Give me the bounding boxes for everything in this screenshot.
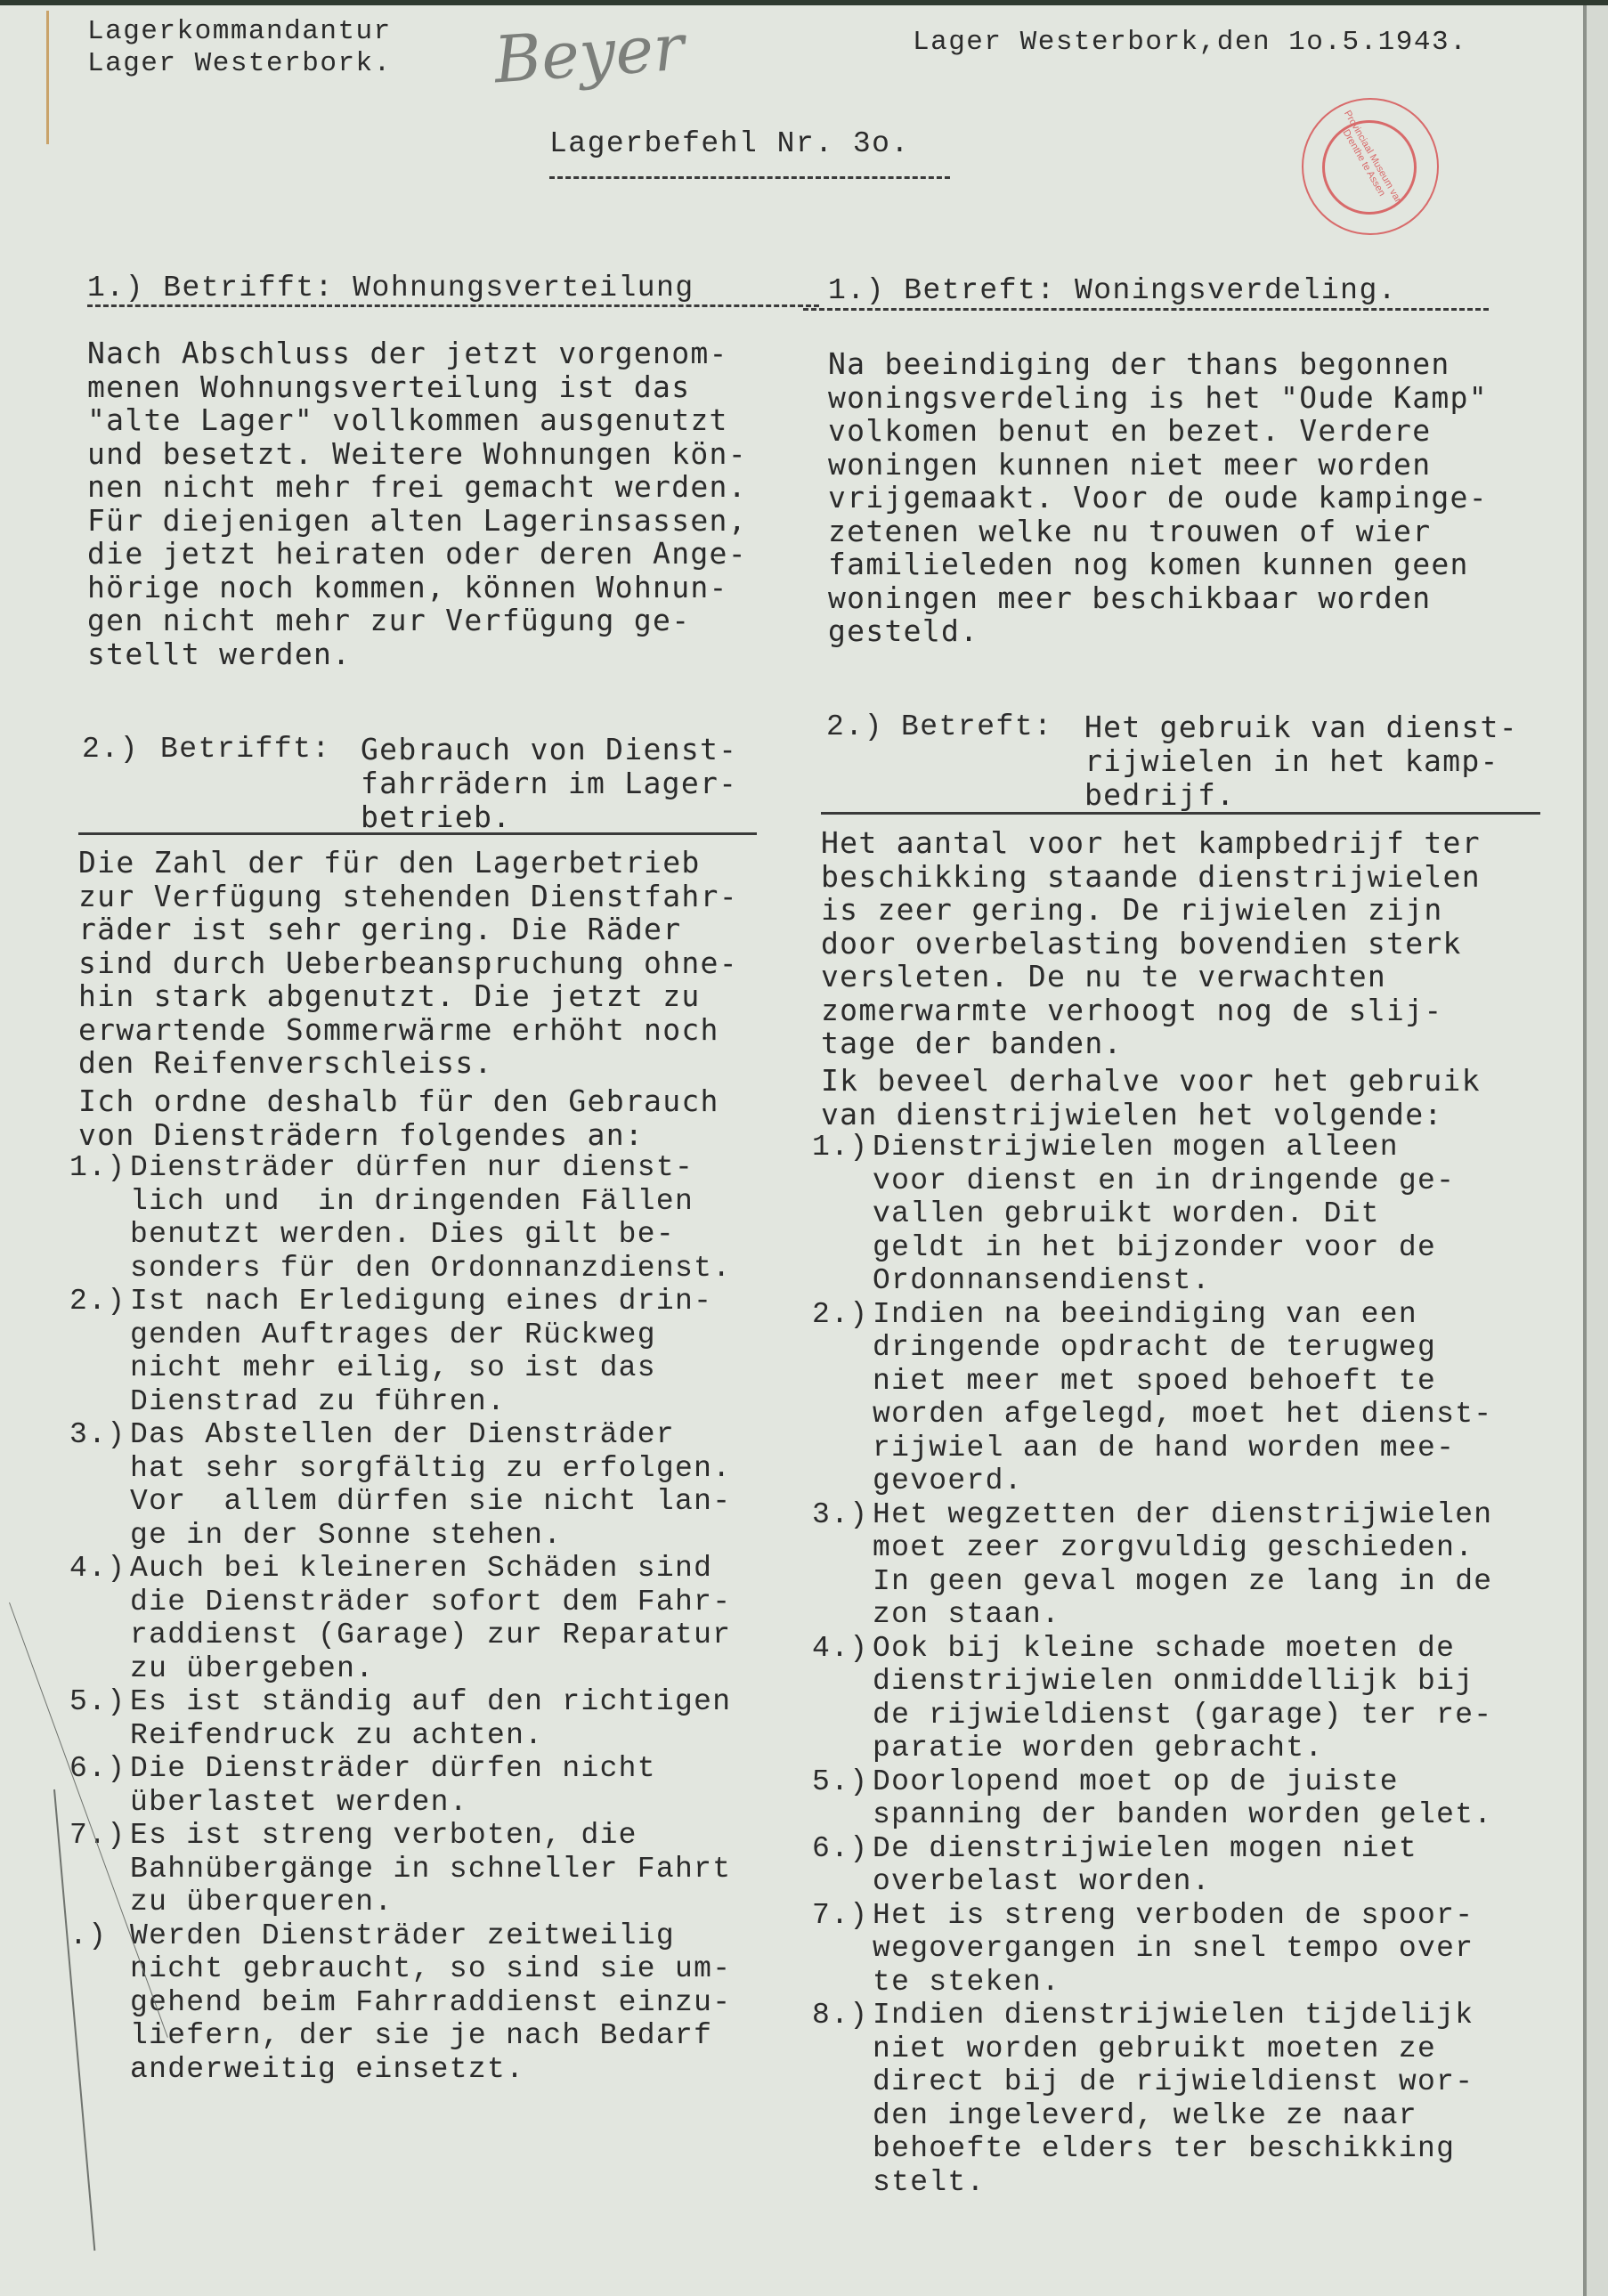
nl-order-item: 4.)Ook bij kleine schade moeten de diens…: [812, 1632, 1560, 1765]
sender-line-2: Lager Westerbork.: [87, 48, 392, 80]
item-number: 4.): [69, 1552, 130, 1685]
item-text: Indien na beeindiging van een dringende …: [873, 1298, 1492, 1498]
item-text: Auch bei kleineren Schäden sind die Dien…: [130, 1552, 731, 1685]
margin-mark: [46, 11, 49, 144]
item-number: 2.): [69, 1285, 130, 1418]
de-order-item: 5.)Es ist ständig auf den richtigen Reif…: [69, 1685, 800, 1752]
de-section2-label: Betrifft:: [160, 733, 331, 766]
title-underline: [549, 176, 950, 179]
item-text: Doorlopend moet op de juiste spanning de…: [873, 1765, 1492, 1832]
de-section2-underline: [78, 832, 757, 835]
de-section1-body: Nach Abschluss der jetzt vorgenom- menen…: [87, 337, 747, 670]
item-number: 6.): [812, 1832, 873, 1899]
de-order-item: .)Werden Diensträder zeitweilig nicht ge…: [69, 1919, 800, 2087]
de-order-item: 1.)Diensträder dürfen nur dienst- lich u…: [69, 1151, 800, 1285]
item-text: Het wegzetten der dienstrijwielen moet z…: [873, 1498, 1492, 1632]
item-text: Ist nach Erledigung eines drin- genden A…: [130, 1285, 712, 1418]
item-text: Diensträder dürfen nur dienst- lich und …: [130, 1151, 731, 1285]
handwritten-signature: Beyer: [491, 10, 686, 98]
item-text: Het is streng verboden de spoor- wegover…: [873, 1899, 1474, 2000]
nl-order-item: 6.)De dienstrijwielen mogen niet overbel…: [812, 1832, 1560, 1899]
nl-section2-label: Betreft:: [901, 710, 1052, 743]
nl-section2-heading: Het gebruik van dienst- rijwielen in het…: [1084, 710, 1518, 812]
de-section1-underline: [87, 304, 819, 307]
item-text: Ook bij kleine schade moeten de dienstri…: [873, 1632, 1492, 1765]
item-text: Dienstrijwielen mogen alleen voor dienst…: [873, 1131, 1455, 1298]
de-order-item: 2.)Ist nach Erledigung eines drin- gende…: [69, 1285, 800, 1418]
de-section2-body: Die Zahl der für den Lagerbetrieb zur Ve…: [78, 846, 738, 1080]
de-section1-heading: 1.) Betrifft: Wohnungsverteilung: [87, 272, 694, 304]
item-text: Die Diensträder dürfen nicht überlastet …: [130, 1752, 656, 1819]
nl-section2-body: Het aantal voor het kampbedrijf ter besc…: [821, 826, 1481, 1060]
item-number: 6.): [69, 1752, 130, 1819]
item-number: 1.): [69, 1151, 130, 1285]
item-text: Es ist ständig auf den richtigen Reifend…: [130, 1685, 731, 1752]
nl-order-item: 1.)Dienstrijwielen mogen alleen voor die…: [812, 1131, 1560, 1298]
item-number: 5.): [812, 1765, 873, 1832]
de-order-list: 1.)Diensträder dürfen nur dienst- lich u…: [69, 1151, 800, 2086]
item-number: 2.): [812, 1298, 873, 1498]
de-section2-intro: Ich ordne deshalb für den Gebrauch von D…: [78, 1084, 719, 1151]
nl-section2-underline: [821, 812, 1540, 815]
sender-line-1: Lagerkommandantur: [87, 16, 392, 48]
nl-order-item: 5.)Doorlopend moet op de juiste spanning…: [812, 1765, 1560, 1832]
item-number: 7.): [812, 1899, 873, 2000]
item-text: Indien dienstrijwielen tijdelijk niet wo…: [873, 1999, 1474, 2199]
de-order-item: 6.)Die Diensträder dürfen nicht überlast…: [69, 1752, 800, 1819]
nl-order-item: 8.)Indien dienstrijwielen tijdelijk niet…: [812, 1999, 1560, 2199]
de-section2-heading: Gebrauch von Dienst- fahrrädern im Lager…: [361, 733, 737, 834]
de-order-item: 4.)Auch bei kleineren Schäden sind die D…: [69, 1552, 800, 1685]
nl-order-list: 1.)Dienstrijwielen mogen alleen voor die…: [812, 1131, 1560, 2199]
nl-section1-body: Na beeindiging der thans begonnen woning…: [828, 347, 1488, 648]
de-section2-number: 2.): [82, 733, 139, 766]
item-number: 4.): [812, 1632, 873, 1765]
item-number: 3.): [69, 1418, 130, 1552]
nl-order-item: 2.)Indien na beeindiging van een dringen…: [812, 1298, 1560, 1498]
item-number: 7.): [69, 1819, 130, 1919]
item-text: Es ist streng verboten, die Bahnübergäng…: [130, 1819, 731, 1919]
nl-section1-heading: 1.) Betreft: Woningsverdeling.: [828, 274, 1397, 307]
place-date: Lager Westerbork,den 1o.5.1943.: [913, 27, 1467, 59]
item-text: Werden Diensträder zeitweilig nicht gebr…: [130, 1919, 731, 2087]
item-text: De dienstrijwielen mogen niet overbelast…: [873, 1832, 1417, 1899]
item-number: 3.): [812, 1498, 873, 1632]
scan-margin: [1587, 5, 1608, 2296]
de-order-item: 3.)Das Abstellen der Diensträder hat seh…: [69, 1418, 800, 1552]
document-title: Lagerbefehl Nr. 3o.: [549, 127, 910, 160]
nl-section2-intro: Ik beveel derhalve voor het gebruik van …: [821, 1064, 1481, 1131]
item-number: 1.): [812, 1131, 873, 1298]
item-number: 5.): [69, 1685, 130, 1752]
nl-section1-underline: [803, 308, 1489, 311]
de-order-item: 7.)Es ist streng verboten, die Bahnüberg…: [69, 1819, 800, 1919]
item-number: 8.): [812, 1999, 873, 2199]
nl-section2-number: 2.): [826, 710, 883, 743]
item-text: Das Abstellen der Diensträder hat sehr s…: [130, 1418, 731, 1552]
nl-order-item: 7.)Het is streng verboden de spoor- wego…: [812, 1899, 1560, 2000]
nl-order-item: 3.)Het wegzetten der dienstrijwielen moe…: [812, 1498, 1560, 1632]
